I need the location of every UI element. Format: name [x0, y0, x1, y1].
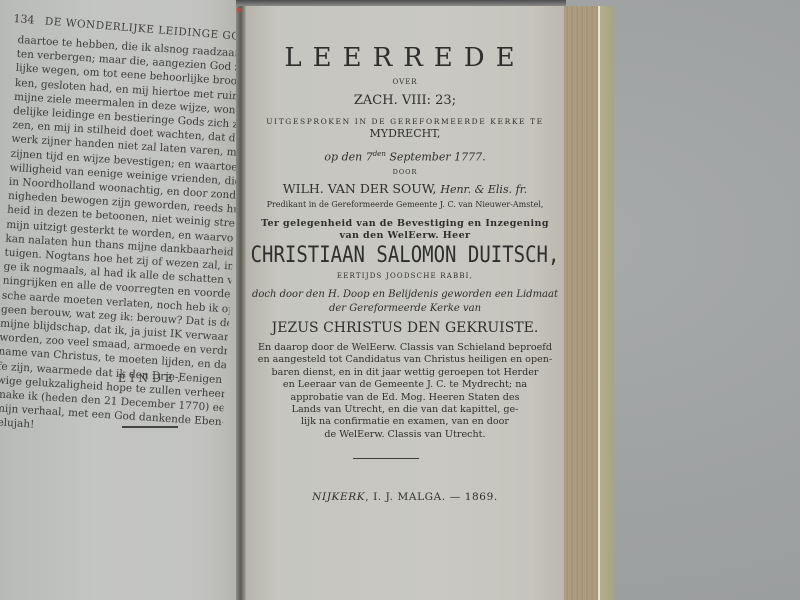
author-line: WILH. VAN DER SOUW, Henr. & Elis. fr.	[246, 181, 564, 196]
scripture-reference: ZACH. VIII: 23;	[246, 93, 564, 108]
spoken-in-line: UITGESPROKEN IN DE GEREFORMEERDE KERKE T…	[246, 117, 564, 126]
paragraph-line: en Leeraar van de Gemeente J. C. te Mydr…	[246, 379, 564, 391]
place: MYDRECHT,	[246, 127, 564, 140]
paragraph-line: approbatie van de Ed. Mog. Heeren Staten…	[246, 392, 564, 404]
paragraph-line: En daarop door de WelEerw. Classis van S…	[246, 342, 564, 354]
baptism-line-2: der Gereformeerde Kerke van	[246, 303, 564, 314]
paragraph-line: lijk na confirmatie en examen, van en do…	[246, 416, 564, 428]
sermon-date: op den 7den September 1777.	[246, 150, 564, 164]
by-label: DOOR	[246, 168, 564, 176]
author-name: WILH. VAN DER SOUW,	[283, 181, 437, 196]
former-role: EERTIJDS JOODSCHE RABBI,	[246, 272, 564, 280]
description-paragraph: En daarop door de WelEerw. Classis van S…	[246, 342, 564, 441]
title: LEERREDE	[246, 43, 564, 73]
end-marker: EINDE.	[118, 372, 184, 385]
red-mark	[237, 8, 241, 12]
date-prefix: op den 7	[324, 151, 372, 164]
predikant-line: Predikant in de Gereformeerde Gemeente J…	[246, 200, 564, 209]
author-suffix: Henr. & Elis. fr.	[440, 183, 527, 196]
occasion-line-2: van den WelEerw. Heer	[246, 230, 564, 241]
ornamental-rule	[122, 426, 178, 428]
paragraph-line: de WelEerw. Classis van Utrecht.	[246, 429, 564, 441]
subject-name: CHRISTIAAN SALOMON DUITSCH,	[246, 242, 564, 267]
title-over: OVER	[246, 78, 564, 86]
left-page: 134 DE WONDERLIJKE LEIDINGE GODS daartoe…	[0, 0, 240, 600]
date-sup: den	[373, 150, 386, 158]
occasion-line-1: Ter gelegenheid van de Bevestiging en In…	[246, 218, 564, 229]
baptism-line-1: doch door den H. Doop en Belijdenis gewo…	[246, 289, 564, 300]
book-cover-edge	[600, 6, 614, 600]
imprint: NIJKERK, I. J. MALGA. — 1869.	[246, 491, 564, 503]
page-number: 134	[13, 12, 42, 27]
title-page-rule	[353, 458, 419, 459]
imprint-publisher-year: , I. J. MALGA. — 1869.	[365, 491, 498, 503]
date-suffix: September 1777.	[386, 151, 486, 164]
page-edges	[564, 6, 598, 600]
church-name: JEZUS CHRISTUS DEN GEKRUISTE.	[246, 320, 564, 336]
paragraph-line: en aangesteld tot Candidatus van Christu…	[246, 354, 564, 366]
book-spine-gutter	[236, 0, 246, 600]
paragraph-line: baren dienst, en in dit jaar wettig gero…	[246, 367, 564, 379]
imprint-city: NIJKERK	[312, 491, 365, 503]
paragraph-line: Lands van Utrecht, en die van dat kapitt…	[246, 404, 564, 416]
